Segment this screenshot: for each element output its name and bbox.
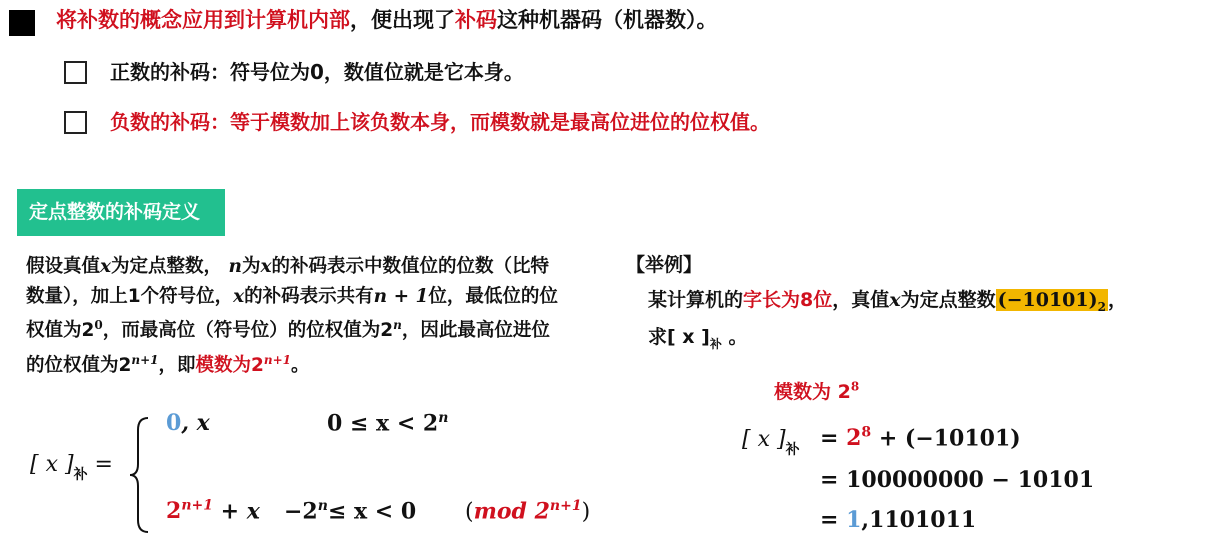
left-brace-icon — [128, 416, 150, 534]
bullet-positive: 正数的补码：符号位为0，数值位就是它本身。 — [110, 56, 524, 85]
heading-line: 将补数的概念应用到计算机内部，便出现了补码这种机器码（机器数）。 — [56, 4, 718, 34]
calc-step-1: = 28 + (−10101) — [820, 425, 1021, 451]
word-length-emphasis: 字长为8位 — [743, 289, 832, 311]
bullet-text: 等于模数加上该负数本身，而模数就是最高位进位的位权值。 — [230, 110, 770, 134]
bullet-label: 负数的补码： — [110, 110, 230, 134]
example-problem: 某计算机的字长为8位，真值x为定点整数(−10101)2， 求[ x ]补 。 — [648, 285, 1127, 359]
case-positive-value: 0, x — [166, 410, 210, 436]
case-negative-value: 2n+1 + x — [166, 498, 260, 524]
bullet-square-icon — [9, 10, 35, 36]
modulus-note: (mod 2n+1) — [465, 498, 590, 524]
calc-lhs: [ x ]补 — [742, 427, 800, 452]
case-negative-condition: −2n≤ x < 0 — [284, 498, 416, 524]
checkbox-icon — [64, 111, 87, 134]
heading-text: ，便出现了 — [350, 8, 455, 32]
modulus-emphasis: 模数为2n+1 — [196, 355, 292, 376]
heading-emphasis: 将补数的概念应用到计算机内部 — [56, 8, 350, 32]
formula-lhs: [ x ]补 = — [30, 452, 113, 477]
heading-text-tail: 这种机器码（机器数）。 — [497, 8, 718, 32]
modulus-label: 模数为 28 — [774, 377, 859, 404]
case-positive-condition: 0 ≤ x < 2n — [327, 410, 448, 436]
section-tag: 定点整数的补码定义 — [17, 189, 225, 236]
definition-paragraph: 假设真值x为定点整数， n为x的补码表示中数值位的位数（比特数量），加上1个符号… — [26, 252, 566, 380]
bullet-text: 符号位为0，数值位就是它本身。 — [230, 60, 524, 84]
bullet-label: 正数的补码： — [110, 60, 230, 84]
checkbox-icon — [64, 61, 87, 84]
highlighted-value: (−10101)2 — [996, 289, 1108, 311]
example-label: 【举例】 — [626, 250, 702, 277]
bullet-negative: 负数的补码：等于模数加上该负数本身，而模数就是最高位进位的位权值。 — [110, 106, 770, 135]
heading-emphasis-term: 补码 — [455, 8, 497, 32]
calc-step-2: = 100000000 − 10101 — [820, 467, 1094, 493]
calc-step-3: = 1,1101011 — [820, 507, 976, 533]
complement-formula: [ x ]补 = 0, x 0 ≤ x < 2n 2n+1 + x −2n≤ x… — [30, 410, 630, 542]
